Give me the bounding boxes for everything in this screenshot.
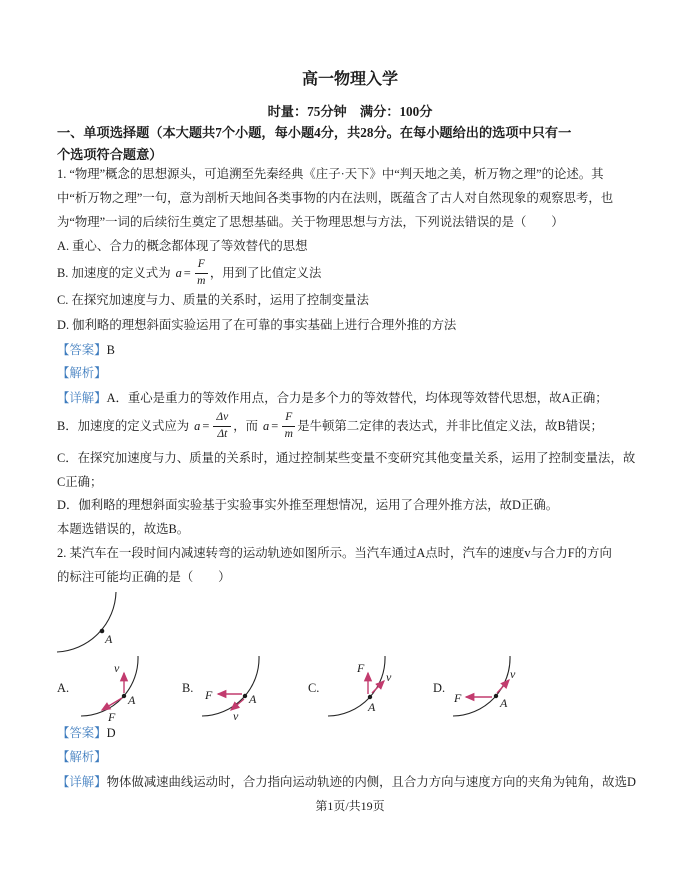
force-arrow xyxy=(102,698,122,710)
q2-option-b-figure: F v A xyxy=(195,650,267,724)
detail-label: 【详解】 xyxy=(57,775,107,789)
q2-option-letter-a: A. xyxy=(57,681,69,696)
q2-detail-line: 【详解】物体做减速曲线运动时，合力指向运动轨迹的内侧，且合力方向与速度方向的夹角… xyxy=(57,774,636,791)
velocity-arrow xyxy=(372,681,384,693)
fraction-dv-over-dt: Δv Δt xyxy=(213,412,231,440)
q1-detail-a-line: 【详解】A．重心是重力的等效作用点，合力是多个力的等效替代，均体现等效替代思想，… xyxy=(57,390,608,407)
q1-answer-line: 【答案】B xyxy=(57,342,115,359)
velocity-arrow xyxy=(497,680,509,693)
q2-option-a-figure: v F A xyxy=(74,650,146,724)
formula-equals: = xyxy=(184,265,191,282)
point-a-dot xyxy=(494,694,498,698)
q2-answer-line: 【答案】D xyxy=(57,725,116,742)
velocity-label: v xyxy=(114,661,120,675)
point-a-dot xyxy=(243,694,247,698)
q1-option-c: C. 在探究加速度与力、质量的关系时，运用了控制变量法 xyxy=(57,292,369,309)
exam-duration-score: 时量：75分钟 满分：100分 xyxy=(0,103,700,120)
q1-option-b-suffix: ，用到了比值定义法 xyxy=(210,265,322,282)
q1-conclusion: 本题选错误的，故选B。 xyxy=(57,521,189,538)
q2-stem-line2: 的标注可能均正确的是（ ） xyxy=(57,569,230,586)
q1-answer-value: B xyxy=(107,343,115,357)
answer-label: 【答案】 xyxy=(57,343,107,357)
q1-stem-line1: 1. “物理”概念的思想源头，可追溯至先秦经典《庄子·天下》中“判天地之美，析万… xyxy=(57,166,604,183)
point-a-label: A xyxy=(499,696,508,710)
q2-analysis-label: 【解析】 xyxy=(57,749,107,766)
q1-stem-line3: 为“物理”一词的后续衍生奠定了思想基础。关于物理思想与方法，下列说法错误的是（ … xyxy=(57,214,564,231)
q2-stem-line1: 2. 某汽车在一段时间内减速转弯的运动轨迹如图所示。当汽车通过A点时，汽车的速度… xyxy=(57,545,612,562)
q1-option-a: A. 重心、合力的概念都体现了等效替代的思想 xyxy=(57,238,308,255)
q1-analysis-label: 【解析】 xyxy=(57,365,107,382)
section-header-line1: 一、单项选择题（本大题共7个小题，每小题4分，共28分。在每小题给出的选项中只有… xyxy=(57,124,571,141)
point-a-dot xyxy=(122,694,126,698)
q1-option-b: B. 加速度的定义式为 a = F m ，用到了比值定义法 xyxy=(57,259,321,287)
exam-document-page: 高一物理入学 时量：75分钟 满分：100分 一、单项选择题（本大题共7个小题，… xyxy=(0,0,700,878)
page-footer: 第1页/共19页 xyxy=(0,798,700,815)
force-label: F xyxy=(453,691,462,705)
point-a-label: A xyxy=(248,692,257,706)
formula-a: a xyxy=(176,265,182,282)
q1-option-d: D. 伽利略的理想斜面实验运用了在可靠的事实基础上进行合理外推的方法 xyxy=(57,317,456,334)
point-a-label: A xyxy=(104,632,113,646)
point-a-label: A xyxy=(367,700,376,714)
point-a-label: A xyxy=(127,693,136,707)
q1-stem-line2: 中“析万物之理”一句，意为剖析天地间各类事物的内在法则，既蕴含了古人对自然现象的… xyxy=(57,190,613,207)
fraction-F-over-m: F m xyxy=(195,259,208,287)
q2-option-letter-d: D. xyxy=(433,681,445,696)
detail-label: 【详解】 xyxy=(57,391,107,405)
q2-trajectory-figure: A xyxy=(50,586,130,660)
force-label: F xyxy=(204,688,213,702)
q2-option-d-figure: F v A xyxy=(446,650,520,724)
fraction-F-over-m-2: F m xyxy=(282,412,295,440)
point-a-dot xyxy=(100,629,105,634)
q1-detail-c-line1: C．在探究加速度与力、质量的关系时，通过控制某些变量不变研究其他变量关系，运用了… xyxy=(57,450,635,467)
q2-answer-value: D xyxy=(107,726,116,740)
q2-option-letter-c: C. xyxy=(308,681,319,696)
q1-option-b-text: B. 加速度的定义式为 xyxy=(57,265,171,282)
q1-detail-d-line: D．伽利略的理想斜面实验基于实验事实外推至理想情况，运用了合理外推方法，故D正确… xyxy=(57,497,558,514)
velocity-label: v xyxy=(386,670,392,684)
q2-option-letter-b: B. xyxy=(182,681,193,696)
section-header-line2: 个选项符合题意） xyxy=(57,146,163,163)
force-label: F xyxy=(356,661,365,675)
force-label: F xyxy=(107,710,116,724)
q1-detail-c-line2: C正确； xyxy=(57,474,102,491)
velocity-label: v xyxy=(233,709,239,723)
q2-option-c-figure: F v A xyxy=(321,650,395,724)
answer-label: 【答案】 xyxy=(57,726,107,740)
velocity-label: v xyxy=(510,667,516,681)
point-a-dot xyxy=(368,695,372,699)
page-title: 高一物理入学 xyxy=(0,71,700,88)
q1-detail-b-line: B．加速度的定义式应为 a = Δv Δt ，而 a = F m 是牛顿第二定律… xyxy=(57,412,603,440)
